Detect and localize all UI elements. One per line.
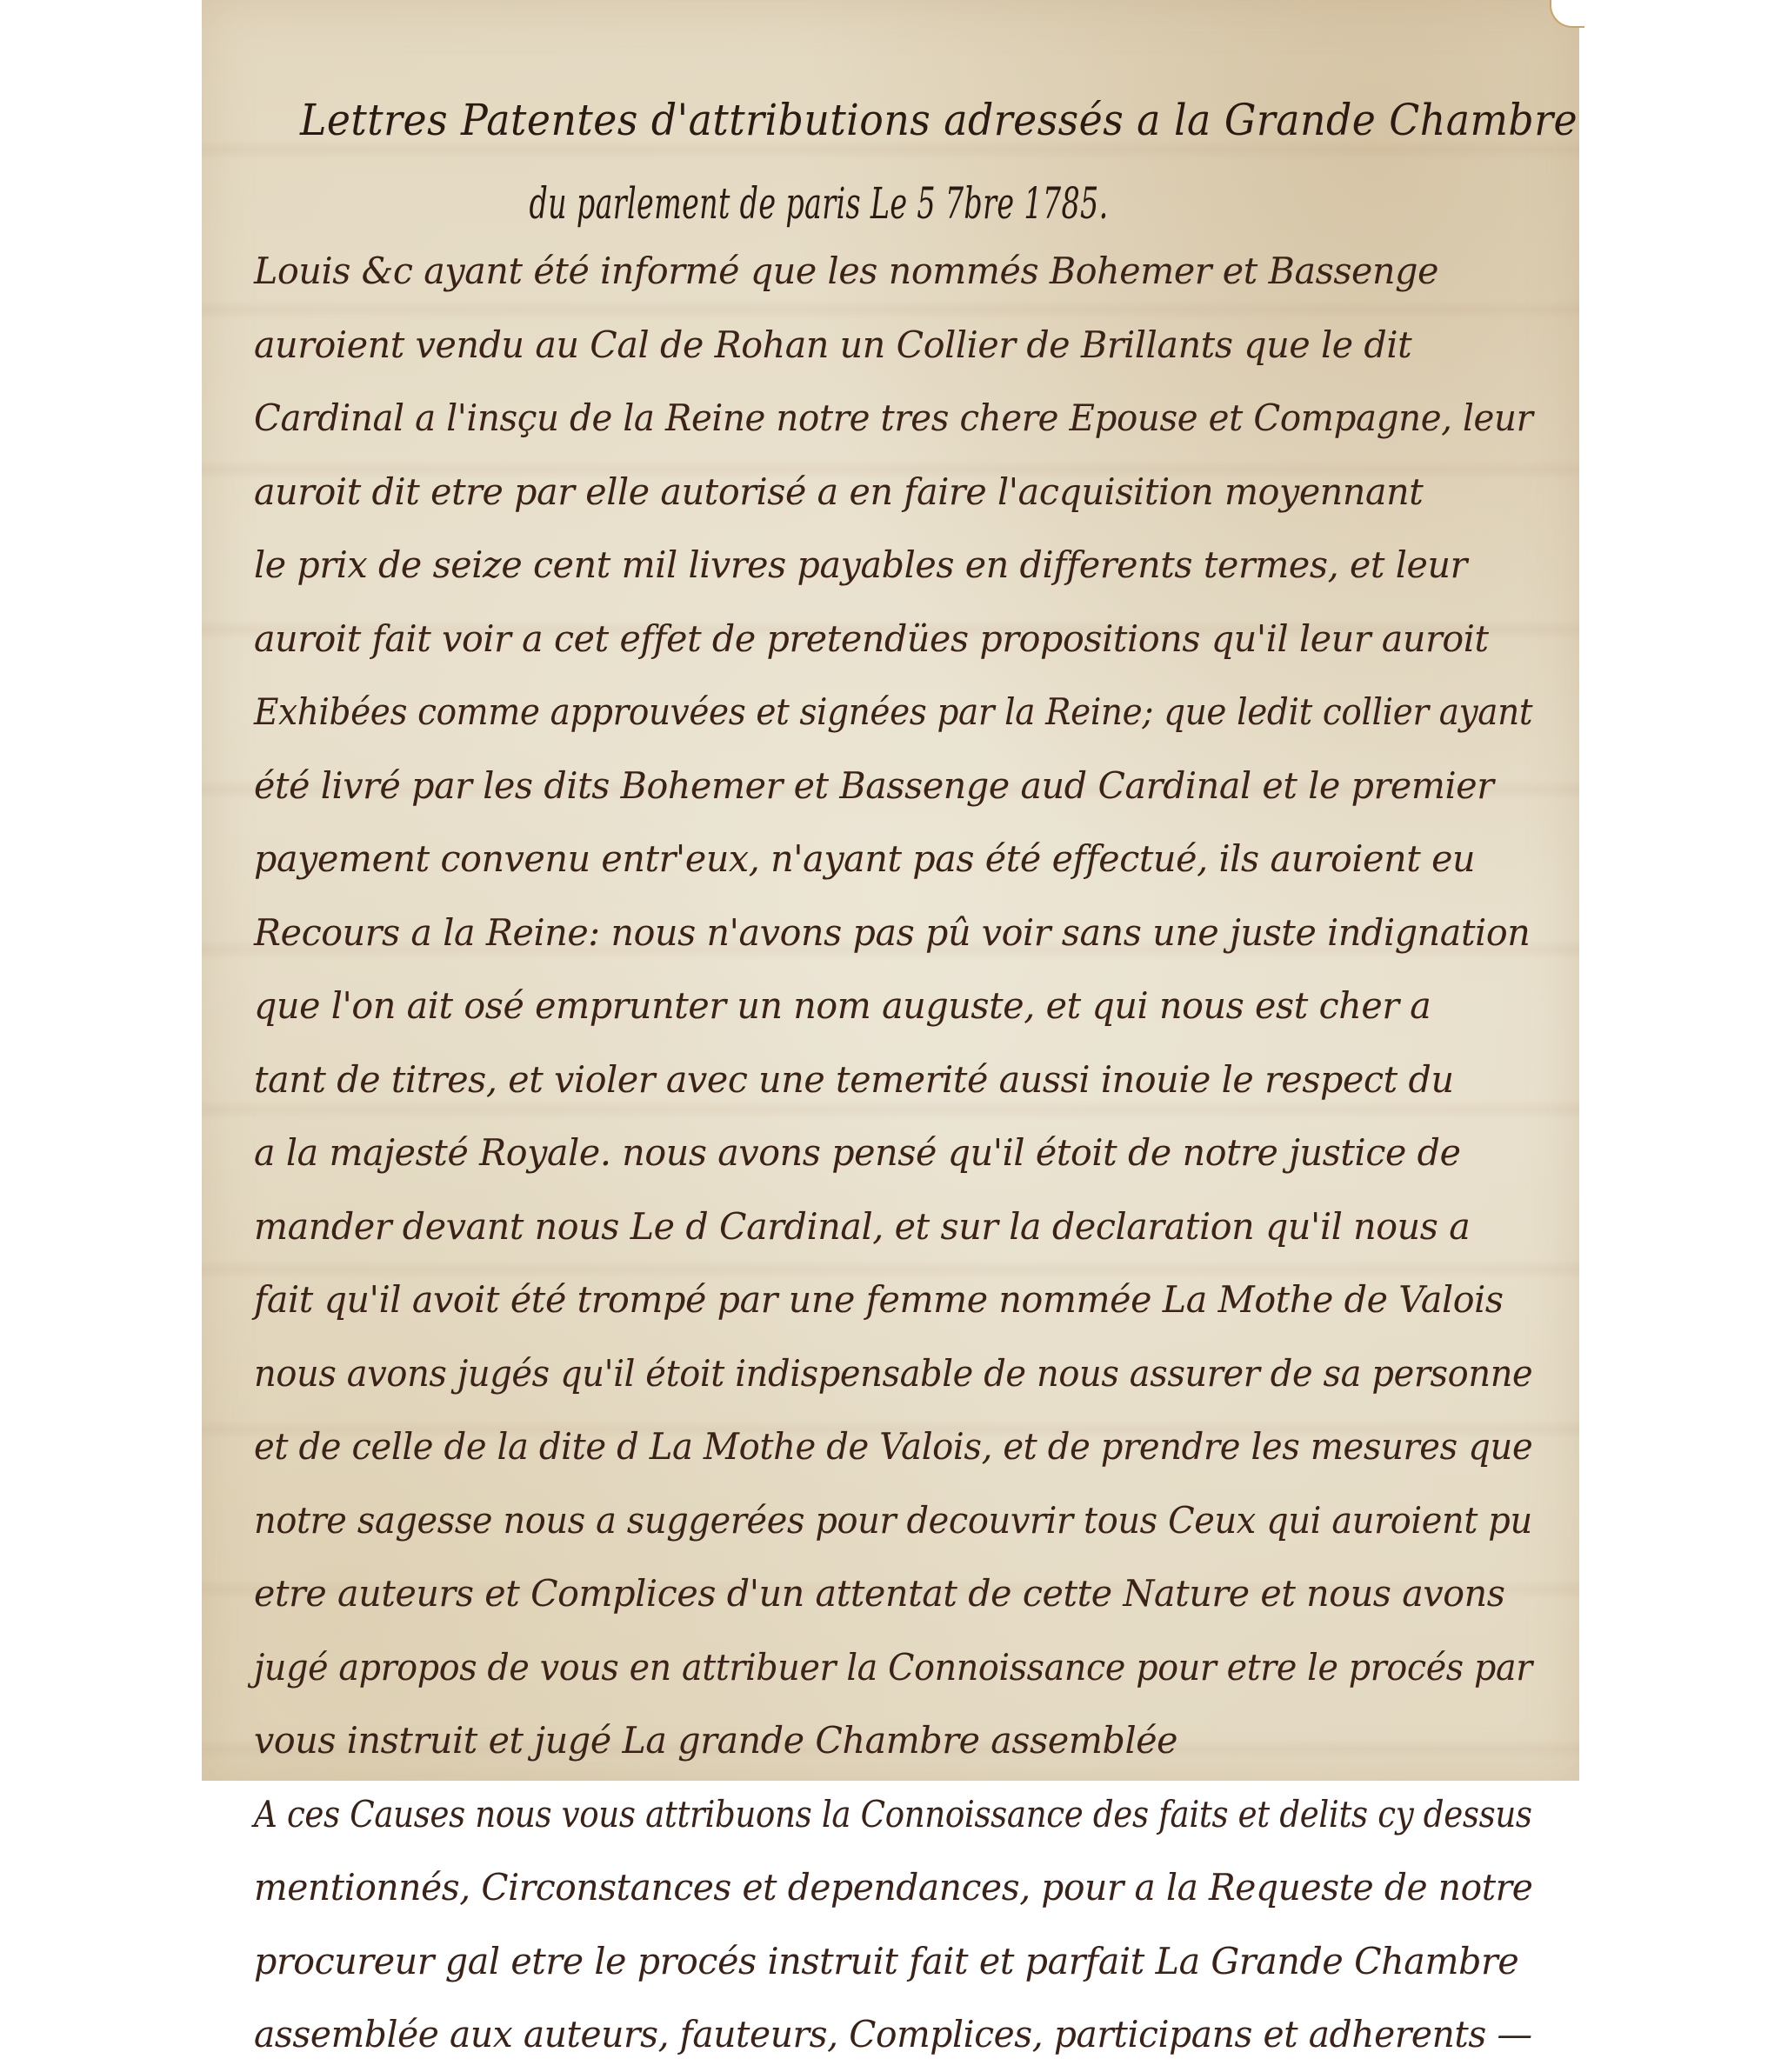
body-line: A ces Causes nous vous attribuons la Con… — [254, 1778, 1409, 1782]
body-line: auroit fait voir a cet effet de pretendü… — [254, 603, 1532, 676]
body-line: notre sagesse nous a suggerées pour deco… — [254, 1484, 1493, 1558]
body-line: Exhibées comme approuvées et signées par… — [254, 676, 1464, 750]
body-line: Recours a la Reine: nous n'avons pas pû … — [254, 896, 1532, 970]
body-line: payement convenu entr'eux, n'ayant pas é… — [254, 823, 1532, 896]
body-line: vous instruit et jugé La grande Chambre … — [254, 1704, 1532, 1778]
torn-corner — [1550, 0, 1584, 28]
document-body: Louis &c ayant été informé que les nommé… — [254, 235, 1558, 1781]
body-line: fait qu'il avoit été trompé par une femm… — [254, 1263, 1532, 1337]
body-line: Louis &c ayant été informé que les nommé… — [254, 235, 1532, 309]
body-line: etre auteurs et Complices d'un attentat … — [254, 1557, 1532, 1631]
body-line: jugé apropos de vous en attribuer la Con… — [254, 1631, 1485, 1705]
body-line: et de celle de la dite d La Mothe de Val… — [254, 1410, 1500, 1484]
body-line: tant de titres, et violer avec une temer… — [254, 1043, 1532, 1117]
body-line: que l'on ait osé emprunter un nom august… — [254, 969, 1532, 1043]
body-line: auroit dit etre par elle autorisé a en f… — [254, 456, 1532, 530]
manuscript-page: Lettres Patentes d'attributions adressés… — [202, 0, 1579, 1781]
body-line: mander devant nous Le d Cardinal, et sur… — [254, 1190, 1532, 1264]
title-line-2: du parlement de paris Le 5 7bre 1785. — [463, 162, 1333, 245]
title-line-1: Lettres Patentes d'attributions adressés… — [300, 78, 1495, 162]
body-line: le prix de seize cent mil livres payable… — [254, 529, 1532, 603]
document-title: Lettres Patentes d'attributions adressés… — [245, 78, 1550, 245]
body-line: nous avons jugés qu'il étoit indispensab… — [254, 1337, 1495, 1411]
body-line: auroient vendu au Cal de Rohan un Collie… — [254, 309, 1532, 383]
body-line: Cardinal a l'insçu de la Reine notre tre… — [254, 382, 1506, 456]
body-line: a la majesté Royale. nous avons pensé qu… — [254, 1116, 1532, 1190]
body-line: été livré par les dits Bohemer et Bassen… — [254, 750, 1532, 823]
